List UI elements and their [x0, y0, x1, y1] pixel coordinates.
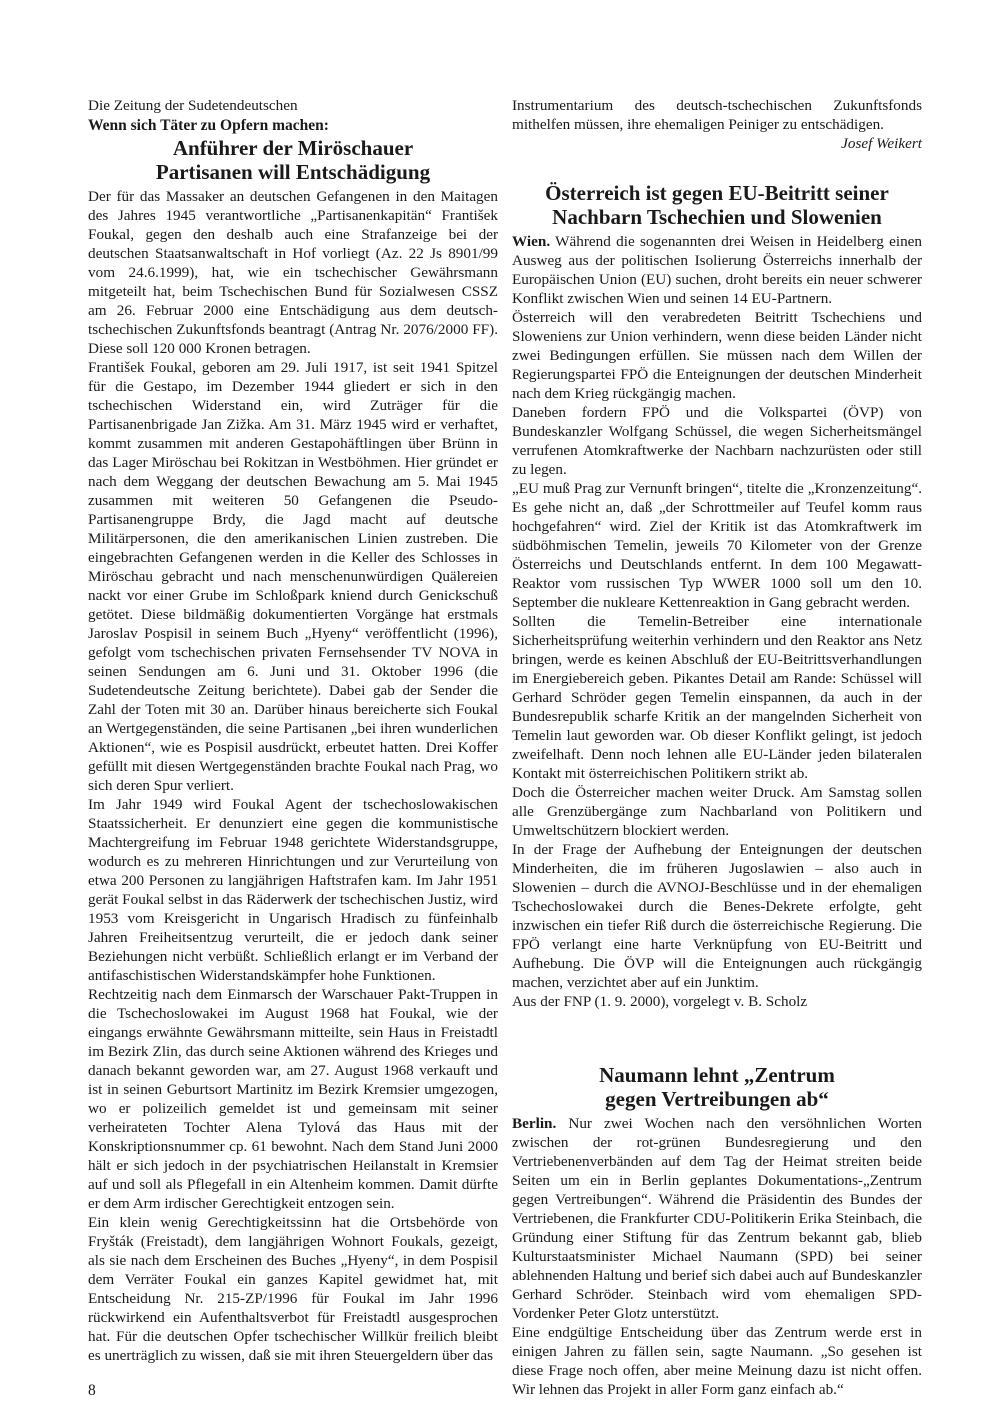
- headline-line: Nachbarn Tschechien und Slowenien: [552, 205, 882, 229]
- article-paragraph: Daneben fordern FPÖ und die Volkspartei …: [512, 403, 922, 479]
- article-paragraph: In der Frage der Aufhebung der Enteignun…: [512, 840, 922, 992]
- right-column: Instrumentarium des deutsch-tschechische…: [512, 96, 922, 1399]
- dateline: Berlin.: [512, 1115, 556, 1132]
- article-paragraph: Sollten die Temelin-Betreiber eine inter…: [512, 612, 922, 783]
- dateline: Wien.: [512, 233, 550, 250]
- article-subhead: Wenn sich Täter zu Opfern machen:: [88, 116, 498, 136]
- headline-line: Partisanen will Entschädigung: [156, 160, 430, 184]
- spacer: [512, 153, 922, 181]
- paragraph-text: Nur zwei Wochen nach den versöhnlichen W…: [512, 1115, 922, 1322]
- article-paragraph: Im Jahr 1949 wird Foukal Agent der tsche…: [88, 795, 498, 985]
- article-paragraph: Eine endgültige Entscheidung über das Ze…: [512, 1323, 922, 1399]
- article-paragraph: Österreich will den verabredeten Beitrit…: [512, 308, 922, 403]
- article-paragraph: Ein klein wenig Gerechtigkeitssinn hat d…: [88, 1213, 498, 1365]
- left-column: Die Zeitung der Sudetendeutschen Wenn si…: [88, 96, 498, 1365]
- article-headline-austria: Österreich ist gegen EU-Beitritt seiner …: [512, 181, 922, 229]
- source-note: Aus der FNP (1. 9. 2000), vorgelegt v. B…: [512, 992, 922, 1011]
- publication-kicker: Die Zeitung der Sudetendeutschen: [88, 96, 498, 116]
- page-number: 8: [88, 1382, 96, 1400]
- article-paragraph: Wien. Während die sogenannten drei Weise…: [512, 232, 922, 308]
- paragraph-text: Während die sogenannten drei Weisen in H…: [512, 233, 922, 307]
- author-signature: Josef Weikert: [512, 134, 922, 153]
- headline-line: Naumann lehnt „Zentrum: [599, 1063, 835, 1087]
- article-headline-naumann: Naumann lehnt „Zentrum gegen Vertreibung…: [512, 1063, 922, 1111]
- article-paragraph: „EU muß Prag zur Vernunft bringen“, tite…: [512, 479, 922, 612]
- article-paragraph: František Foukal, geboren am 29. Juli 19…: [88, 358, 498, 795]
- article-paragraph: Berlin. Nur zwei Wochen nach den versöhn…: [512, 1114, 922, 1323]
- article-continuation: Instrumentarium des deutsch-tschechische…: [512, 96, 922, 134]
- headline-line: Österreich ist gegen EU-Beitritt seiner: [545, 181, 889, 205]
- article-paragraph: Der für das Massaker an deutschen Gefang…: [88, 187, 498, 358]
- article-paragraph: Doch die Österreicher machen weiter Druc…: [512, 783, 922, 840]
- article-headline-partisanen: Anführer der Miröschauer Partisanen will…: [88, 136, 498, 184]
- headline-line: gegen Vertreibungen ab“: [605, 1087, 829, 1111]
- article-paragraph: Rechtzeitig nach dem Einmarsch der Warsc…: [88, 985, 498, 1213]
- headline-line: Anführer der Miröschauer: [173, 136, 413, 160]
- spacer: [512, 1011, 922, 1063]
